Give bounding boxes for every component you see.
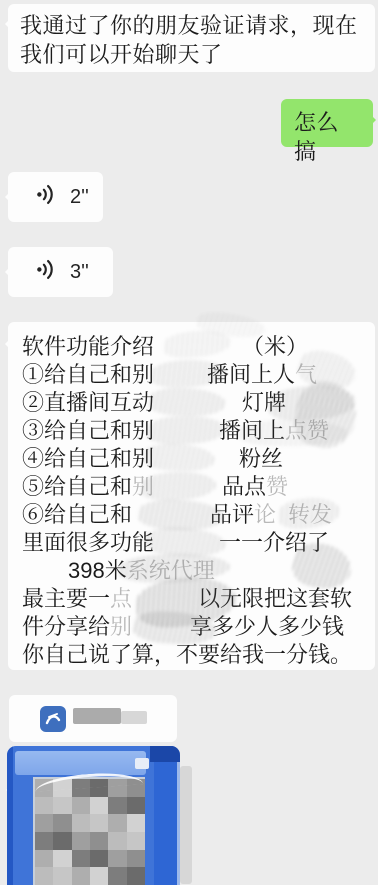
text-segment: 最主要一 bbox=[22, 585, 110, 613]
mosaic-cell bbox=[108, 797, 126, 815]
text-segment: 别 bbox=[110, 613, 132, 641]
voice-duration: 3'' bbox=[70, 261, 89, 284]
text-segment: （米） bbox=[242, 333, 308, 361]
voice-message-2[interactable]: 3'' bbox=[8, 247, 113, 297]
text-segment: 软件功能介绍 bbox=[22, 333, 154, 361]
pixelated-mosaic bbox=[35, 779, 145, 885]
message-greeting-text: 我通过了你的朋友验证请求，现在我们可以开始聊天了 bbox=[20, 13, 358, 67]
mosaic-cell bbox=[90, 814, 108, 832]
text-segment: ④给自己和别 bbox=[22, 445, 154, 473]
image-left-edge bbox=[7, 746, 13, 885]
text-segment: ③给自己和别 bbox=[22, 417, 154, 445]
text-segment: 赞 bbox=[266, 473, 288, 501]
contact-badge-icon bbox=[40, 706, 66, 732]
mosaic-cell bbox=[72, 832, 90, 850]
image-corner-dark bbox=[150, 746, 180, 762]
message-greeting: 我通过了你的朋友验证请求，现在我们可以开始聊天了 bbox=[8, 4, 375, 72]
text-segment: 品点 bbox=[222, 473, 266, 501]
mosaic-cell bbox=[35, 850, 53, 868]
speaker-wave-icon bbox=[36, 259, 57, 285]
mosaic-cell bbox=[72, 867, 90, 885]
mosaic-cell bbox=[108, 867, 126, 885]
chat-screen: 我通过了你的朋友验证请求，现在我们可以开始聊天了 怎么搞 2'' 3'' 软件功… bbox=[0, 0, 378, 885]
mosaic-cell bbox=[127, 814, 145, 832]
text-segment: ⑥给自己和 bbox=[22, 501, 132, 529]
mosaic-cell bbox=[127, 867, 145, 885]
mosaic-cell bbox=[108, 832, 126, 850]
text-segment: ②直播间互动 bbox=[22, 389, 154, 417]
redacted-contact-name bbox=[73, 708, 147, 729]
mosaic-cell bbox=[35, 832, 53, 850]
mosaic-cell bbox=[72, 814, 90, 832]
mosaic-cell bbox=[108, 814, 126, 832]
shared-image-thumbnail[interactable] bbox=[7, 746, 180, 885]
voice-message-1[interactable]: 2'' bbox=[8, 172, 103, 222]
mosaic-cell bbox=[35, 867, 53, 885]
mosaic-cell bbox=[72, 850, 90, 868]
pencil-scribble bbox=[238, 420, 348, 446]
contact-card-bubble[interactable] bbox=[9, 695, 177, 742]
mosaic-cell bbox=[127, 832, 145, 850]
mosaic-cell bbox=[108, 850, 126, 868]
mosaic-cell bbox=[53, 832, 71, 850]
text-segment: 件分享给 bbox=[22, 613, 110, 641]
mosaic-cell bbox=[53, 867, 71, 885]
redaction-bar bbox=[121, 711, 147, 724]
image-header-band bbox=[15, 751, 146, 775]
redaction-bar bbox=[73, 708, 121, 724]
text-segment: 点 bbox=[110, 585, 132, 613]
mosaic-cell bbox=[90, 867, 108, 885]
mosaic-cell bbox=[53, 850, 71, 868]
mosaic-cell bbox=[35, 797, 53, 815]
mosaic-cell bbox=[127, 797, 145, 815]
text-segment: 你自己说了算，不要给我一分钱。 bbox=[22, 641, 352, 669]
voice-duration: 2'' bbox=[70, 186, 89, 209]
message-reply: 怎么搞 bbox=[281, 99, 373, 147]
mosaic-cell bbox=[53, 797, 71, 815]
text-segment: 里面很多功能 bbox=[22, 529, 154, 557]
mosaic-cell bbox=[127, 850, 145, 868]
mosaic-cell bbox=[35, 814, 53, 832]
message-reply-text: 怎么搞 bbox=[294, 110, 339, 164]
mosaic-cell bbox=[90, 832, 108, 850]
text-segment: ⑤给自己和 bbox=[22, 473, 132, 501]
image-header-chip bbox=[135, 758, 149, 769]
image-right-edge-light bbox=[177, 746, 180, 885]
mosaic-cell bbox=[72, 797, 90, 815]
text-segment: 粉丝 bbox=[239, 445, 283, 473]
image-drop-shadow bbox=[180, 766, 192, 884]
mosaic-cell bbox=[90, 850, 108, 868]
mosaic-cell bbox=[53, 814, 71, 832]
mosaic-cell bbox=[90, 797, 108, 815]
text-segment: 论 bbox=[254, 501, 276, 529]
speaker-wave-icon bbox=[36, 184, 57, 210]
feature-line: 你自己说了算，不要给我一分钱。 bbox=[22, 641, 375, 669]
text-segment: ①给自己和别 bbox=[22, 361, 154, 389]
